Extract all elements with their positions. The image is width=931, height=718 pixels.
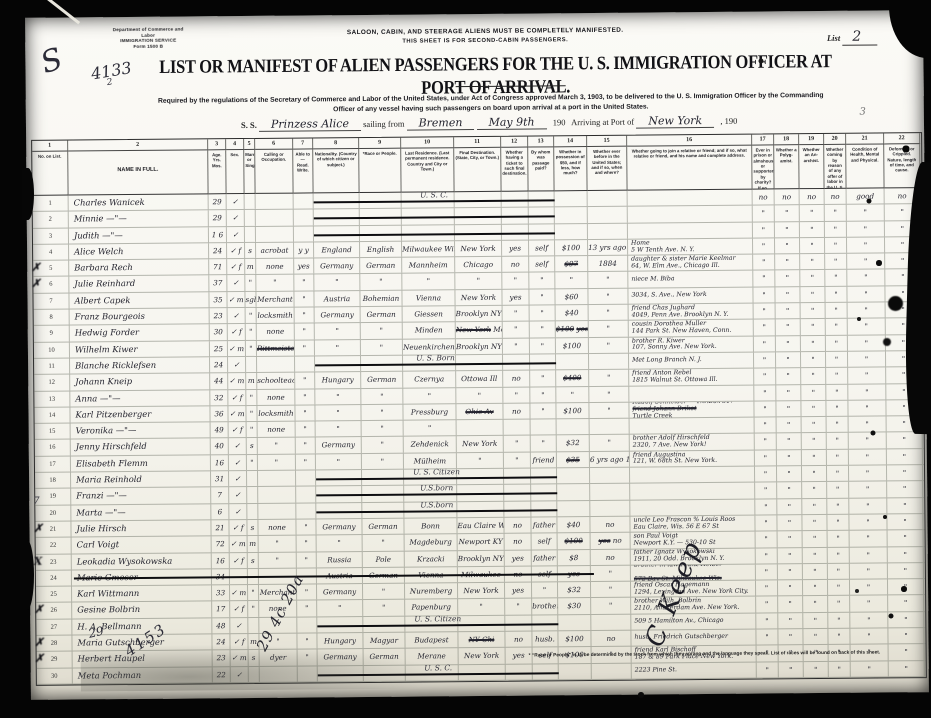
cell-final-destination: New York: [455, 241, 502, 257]
cell-nationality: Germany: [316, 519, 362, 535]
cell-polygamist: ": [775, 238, 800, 254]
cell-passage-paid-by: ": [530, 403, 556, 419]
cell-ever-in-us: ": [591, 565, 631, 581]
column-number: 22: [884, 133, 920, 144]
cell-health: ": [849, 449, 887, 465]
cell-sex: ✓ f: [227, 243, 245, 258]
cell-married: ": [246, 324, 257, 339]
year-label-1: 190: [553, 117, 566, 127]
cell-ever-in-us: [589, 354, 629, 370]
cell-ever-in-us: [588, 191, 628, 207]
cell-final-destination: Ohio Av: [456, 404, 503, 420]
cell-prison: ": [757, 662, 779, 677]
column-header-name: NAME IN FULL.: [68, 150, 208, 195]
margin-check-mark: ✗: [34, 636, 43, 649]
cell-joining-relative: friend Anton Rebel1815 Walnut St. Ottowa…: [629, 369, 754, 385]
cell-money: $40: [557, 517, 590, 533]
cell-ticket: yes: [502, 240, 529, 256]
cell-race: German: [361, 372, 403, 388]
cell-passage-paid-by: ": [529, 273, 555, 289]
faint-digit: 3: [859, 107, 865, 118]
cell-passage-paid-by: ": [530, 371, 556, 387]
cell-ticket: no: [504, 517, 531, 533]
cell-married: [245, 194, 256, 209]
cell-age: 37: [209, 276, 227, 291]
cell-able-to: ": [295, 389, 315, 404]
cell-sex: ✓ m: [228, 406, 246, 421]
cell-calling: [258, 471, 296, 487]
strikeout-text: U. S. Citizen: [316, 466, 557, 477]
cell-age: 16: [212, 553, 230, 568]
cell-sex: ✓: [229, 504, 247, 519]
cell-prison: ": [755, 483, 777, 498]
cell-health: ": [848, 319, 886, 335]
cell-age: 32: [210, 390, 228, 405]
cell-name: Julie Hirsch: [71, 520, 211, 537]
cell-joining-relative: cousin Dorothea Muller144 Park St. New H…: [629, 320, 754, 336]
cell-able-to: [294, 210, 314, 225]
cell-able-to: y y: [294, 242, 314, 257]
cell-name: Anna —"—: [70, 390, 210, 407]
cell-able-to: [295, 356, 315, 371]
cell-no: 11: [34, 359, 70, 375]
cell-last-residence: Zehdenick: [404, 437, 457, 453]
cell-health: ": [848, 384, 886, 400]
column-header-money: Whether in possession of $50, and if les…: [554, 147, 587, 191]
cell-race: ": [360, 274, 402, 290]
cell-able-to: ": [295, 405, 315, 420]
cell-anarchist: ": [802, 499, 827, 515]
cell-final-destination: ": [457, 453, 504, 469]
column-number: 19: [799, 134, 824, 145]
cell-money: [555, 207, 588, 223]
column-number: 14: [554, 136, 587, 147]
cell-anarchist: ": [803, 547, 828, 563]
scan-edge-nub: [20, 540, 34, 610]
cell-offered-labor: ": [828, 612, 850, 627]
notice-line-1: SALOON, CABIN, AND STEERAGE ALIENS MUST …: [275, 26, 695, 37]
cell-calling: ": [259, 552, 297, 568]
cell-married: m: [245, 259, 256, 274]
column-number: 6: [255, 139, 293, 150]
ink-flourish: S: [36, 41, 67, 81]
ship-name-handwritten: Prinzess Alice: [259, 117, 361, 132]
cell-offered-labor: ": [827, 450, 849, 465]
cell-final-destination: Brooklyn NY: [458, 550, 505, 566]
cell-no: 27: [36, 619, 72, 635]
cell-anarchist: ": [801, 303, 826, 319]
cell-money: [556, 354, 589, 370]
cell-able-to: ": [296, 454, 316, 469]
cell-able-to: yes: [294, 259, 314, 274]
cell-ever-in-us: ": [588, 272, 628, 288]
cell-sex: ✓: [229, 471, 247, 486]
cell-money: $35: [557, 452, 590, 468]
strikeout-text: U. S. Born: [315, 352, 556, 363]
cell-sex: ✓ f: [227, 259, 245, 274]
cell-money: $100: [556, 338, 589, 354]
cell-name: Hedwig Forder: [70, 325, 210, 342]
cell-prison: ": [756, 548, 778, 563]
cell-passage-paid-by: ": [530, 338, 556, 354]
cell-joining-relative: 3034, S. Ave., New York: [628, 287, 753, 303]
cell-name: Blanche Ricklefsen: [70, 357, 210, 374]
cell-nationality: Austria: [314, 291, 360, 307]
cell-able-to: ": [295, 340, 315, 355]
cell-health: ": [850, 580, 888, 596]
cell-sex: ✓: [229, 487, 247, 502]
column-header-anarchist: Whether an An- archist.: [799, 145, 824, 189]
cell-age: 33: [212, 585, 230, 600]
cell-ever-in-us: ": [589, 305, 629, 321]
cell-nationality: ": [315, 340, 361, 356]
cell-calling: Merchant: [256, 291, 294, 307]
cell-offered-labor: ": [826, 352, 848, 367]
cell-sex: ✓ m: [230, 585, 248, 600]
cell-anarchist: ": [803, 531, 828, 547]
cell-race: ": [362, 421, 404, 437]
cell-offered-labor: ": [828, 564, 850, 579]
cell-ever-in-us: 6 yrs ago 1904: [590, 451, 630, 467]
sailing-from-label: sailing from: [363, 119, 404, 129]
cell-money: $40: [556, 305, 589, 321]
cell-nationality: England: [314, 242, 360, 258]
cell-race: German: [360, 258, 402, 274]
cell-name: Maria Reinhold: [71, 471, 211, 488]
cell-married: s: [248, 552, 259, 567]
cell-health: ": [848, 335, 886, 351]
cell-joining-relative: niece M. Biba: [628, 271, 753, 287]
cell-offered-labor: ": [827, 417, 849, 432]
cell-last-residence: ": [404, 420, 457, 436]
cell-polygamist: ": [778, 564, 803, 580]
cell-offered-labor: ": [825, 205, 847, 220]
cell-anarchist: ": [800, 254, 825, 270]
column-header-health: Condition of Health, Mental and Physical…: [846, 144, 884, 188]
cell-health: ": [848, 368, 886, 384]
cell-final-destination: Newport KY: [458, 534, 505, 550]
cell-age: 23: [210, 308, 228, 323]
cell-ticket: no: [503, 403, 530, 419]
column-header-final-destination: Final Destination. (State, City, or Town…: [454, 148, 501, 192]
column-header-row: No. on List.NAME IN FULL.Age. Yrs. Mos.S…: [32, 144, 921, 196]
cell-anarchist: ": [803, 629, 828, 645]
cell-able-to: ": [294, 275, 314, 290]
cell-final-destination: ": [458, 599, 505, 615]
cell-name: Leokadia Wysokowska: [72, 553, 212, 570]
cell-married: ": [246, 308, 257, 323]
cell-sex: ✓ f: [229, 520, 247, 535]
cell-no: 3: [33, 228, 69, 244]
cell-money: $100: [558, 631, 591, 647]
cell-offered-labor: ": [829, 661, 851, 676]
cell-age: 25: [210, 341, 228, 356]
cell-race: ": [361, 405, 403, 421]
cell-deformed: ": [887, 514, 923, 530]
cell-race: ": [363, 535, 405, 551]
column-header-offered-labor: Whether coming by reason of any offer of…: [824, 145, 846, 189]
cell-sex: ✓ f: [229, 422, 247, 437]
cell-sex: ✓ m: [227, 292, 245, 307]
cell-health: ": [851, 661, 889, 677]
cell-money: $97: [555, 256, 588, 272]
cell-anarchist: ": [803, 613, 828, 629]
cell-able-to: ": [297, 601, 317, 616]
cell-prison: ": [754, 369, 776, 384]
cell-last-residence: ": [402, 274, 455, 290]
cell-money: [555, 191, 588, 207]
cell-deformed: ": [888, 612, 924, 628]
ss-label: S. S.: [241, 120, 257, 130]
column-number: 11: [454, 137, 501, 148]
cell-anarchist: ": [803, 596, 828, 612]
cell-joining-relative: [628, 190, 753, 206]
cell-anarchist: ": [801, 352, 826, 368]
cell-money: [555, 224, 588, 240]
cell-prison: ": [753, 255, 775, 270]
cell-anarchist: no: [800, 189, 825, 205]
cell-anarchist: ": [800, 205, 825, 221]
cell-health: ": [850, 612, 888, 628]
cell-no: 25: [36, 587, 72, 603]
cell-age: 44: [210, 373, 228, 388]
cell-no: 24: [36, 570, 72, 586]
cell-final-destination: NY Chi: [458, 632, 505, 648]
cell-health: ": [849, 498, 887, 514]
column-number: 7: [293, 138, 313, 149]
cell-ever-in-us: ": [590, 435, 630, 451]
cell-anarchist: ": [800, 222, 825, 238]
cell-calling: locksmith: [257, 308, 295, 324]
column-header-joining-relative: Whether going to join a relative or frie…: [627, 146, 752, 191]
cell-race: ": [363, 600, 405, 616]
margin-check-mark: ✗: [33, 522, 42, 535]
cell-nationality: Germany: [317, 584, 363, 600]
cell-passage-paid-by: ": [531, 436, 557, 452]
cell-passage-paid-by: ": [530, 322, 556, 338]
cell-age: 31: [211, 471, 229, 486]
column-number: 5: [244, 139, 255, 150]
cell-age: 24: [210, 357, 228, 372]
cell-offered-labor: ": [825, 287, 847, 302]
cell-polygamist: ": [776, 303, 801, 319]
cell-joining-relative: [630, 483, 755, 499]
cell-joining-relative: [628, 222, 753, 238]
cell-anarchist: ": [800, 270, 825, 286]
cell-nationality: ": [317, 600, 363, 616]
cell-last-residence: Krzacki: [405, 551, 458, 567]
column-header-age: Age. Yrs. Mos.: [208, 150, 226, 194]
cell-joining-relative: brother Adolf Hirschfeld2320, 7 Ave. New…: [630, 434, 755, 450]
cell-joining-relative: daughter & sister Marie Keelmar64, W. El…: [628, 255, 753, 271]
cell-ever-in-us: [588, 223, 628, 239]
cell-no: 13: [34, 391, 70, 407]
cell-prison: ": [755, 466, 777, 481]
cell-ticket: ": [502, 273, 529, 289]
cell-polygamist: ": [776, 401, 801, 417]
cell-race: ": [361, 323, 403, 339]
column-number: 21: [846, 133, 884, 144]
cell-married: [247, 487, 258, 502]
cell-offered-labor: ": [825, 221, 847, 236]
cell-last-residence: Giessen: [403, 306, 456, 322]
cell-prison: ": [754, 336, 776, 351]
cell-name: Elisabeth Flemm: [71, 455, 211, 472]
column-number: 9: [359, 138, 401, 149]
cell-joining-relative: Home5 W Tenth Ave. N. Y.: [628, 238, 753, 254]
cell-sex: ✓ f: [230, 553, 248, 568]
cell-race: German: [362, 519, 404, 535]
cell-money: $8: [558, 550, 591, 566]
cell-health: ": [849, 514, 887, 530]
cell-money: $30: [558, 598, 591, 614]
cell-ever-in-us: no: [591, 631, 631, 647]
cell-no: 30: [37, 668, 73, 684]
cell-sex: ✓: [229, 438, 247, 453]
cell-passage-paid-by: ": [530, 387, 556, 403]
cell-married: ": [247, 422, 258, 437]
cell-offered-labor: ": [826, 335, 848, 350]
cell-age: 40: [211, 439, 229, 454]
cell-prison: ": [753, 287, 775, 302]
cell-prison: ": [756, 629, 778, 644]
list-label: List: [827, 33, 840, 43]
cell-offered-labor: ": [826, 319, 848, 334]
cell-name: Franzi —"—: [71, 488, 211, 505]
margin-check-mark: ✗: [35, 652, 44, 665]
cell-name: Jenny Hirschfeld: [71, 439, 211, 456]
cell-health: ": [850, 563, 888, 579]
cell-sex: ✓: [227, 276, 245, 291]
cell-able-to: [294, 226, 314, 241]
cell-ever-in-us: yes no: [591, 533, 631, 549]
scanned-manifest-page: { "scan": { "stamp": ["Department of Com…: [0, 0, 931, 718]
cell-joining-relative: brother R. Kiwer107, Sonny Ave. New York…: [629, 336, 754, 352]
cell-money: [559, 664, 592, 680]
cell-race: ": [362, 437, 404, 453]
cell-age: 6: [211, 504, 229, 519]
cell-final-destination: New York: [458, 583, 505, 599]
cell-joining-relative: uncle Leo Frascon % Louis RoosEau Claire…: [630, 516, 755, 532]
cell-ever-in-us: ": [589, 386, 629, 402]
cell-no: 22: [36, 538, 72, 554]
cell-polygamist: ": [778, 629, 803, 645]
cell-calling: [256, 210, 294, 226]
cell-age: 1 6: [209, 227, 227, 242]
cell-anarchist: ": [802, 515, 827, 531]
cell-married: ": [248, 585, 259, 600]
cell-prison: ": [755, 515, 777, 530]
column-header-ticket: Whether having a ticket to such final de…: [501, 148, 528, 192]
cell-no: 10: [34, 342, 70, 358]
cell-age: 49: [211, 422, 229, 437]
cell-deformed: ": [888, 596, 924, 612]
cell-deformed: ": [889, 661, 925, 677]
cell-polygamist: ": [777, 466, 802, 482]
cell-ticket: no: [502, 257, 529, 273]
cell-calling: acrobat: [256, 242, 294, 258]
cell-nationality: Germany: [314, 258, 360, 274]
cell-prison: ": [753, 238, 775, 253]
cell-able-to: ": [296, 438, 316, 453]
cell-name: Franz Bourgeois: [70, 308, 210, 325]
cell-prison: ": [753, 271, 775, 286]
cell-offered-labor: ": [826, 303, 848, 318]
column-number: 3: [208, 139, 226, 150]
cell-no: 7: [33, 293, 69, 309]
cell-money: $100: [558, 533, 591, 549]
cell-health: ": [849, 482, 887, 498]
cell-last-residence: Nuremberg: [405, 583, 458, 599]
cell-passage-paid-by: brother: [532, 599, 558, 615]
cell-race: ": [361, 339, 403, 355]
cell-joining-relative: [630, 467, 755, 483]
cell-able-to: ": [297, 552, 317, 567]
cell-final-destination: [457, 420, 504, 436]
cell-health: ": [849, 417, 887, 433]
cell-ticket: no: [505, 632, 532, 648]
cell-calling: ": [256, 275, 294, 291]
cell-joining-relative: [629, 385, 754, 401]
cell-passage-paid-by: ": [529, 289, 555, 305]
notice-line-2: THIS SHEET IS FOR SECOND-CABIN PASSENGER…: [275, 36, 695, 46]
manifest-table-body: 1Charles Wanicek29✓nonononogoodnoU. S. C…: [33, 188, 926, 685]
cell-calling: none: [256, 259, 294, 275]
cell-prison: ": [753, 222, 775, 237]
cell-prison: ": [756, 532, 778, 547]
margin-check-mark: X: [34, 554, 43, 567]
cell-ticket: ": [504, 436, 531, 452]
cell-last-residence: ": [403, 388, 456, 404]
cell-ticket: no: [503, 371, 530, 387]
year-label-2: , 190: [720, 116, 737, 126]
cell-offered-labor: ": [826, 401, 848, 416]
cell-offered-labor: ": [827, 466, 849, 481]
cell-name: Gesine Bolbrin: [72, 602, 212, 619]
cell-health: ": [850, 596, 888, 612]
cell-polygamist: ": [775, 287, 800, 303]
cell-passage-paid-by: self: [532, 534, 558, 550]
column-number: 10: [401, 137, 454, 148]
cell-married: ": [247, 455, 258, 470]
cell-offered-labor: ": [827, 515, 849, 530]
cell-name: Minnie —"—: [69, 211, 209, 228]
cell-passage-paid-by: self: [529, 240, 555, 256]
cell-ever-in-us: 13 yrs ago Nov.1906: [588, 240, 628, 256]
cell-nationality: ": [316, 454, 362, 470]
cell-married: m: [246, 373, 257, 388]
cell-passage-paid-by: husb.: [532, 631, 558, 647]
cell-prison: ": [754, 303, 776, 318]
cell-prison: ": [756, 613, 778, 628]
cell-final-destination: New York: [457, 436, 504, 452]
cell-sex: ✓ f: [230, 601, 248, 616]
manifest-table: 12345678910111213141516171819202122 No. …: [31, 132, 927, 686]
cell-able-to: [294, 193, 314, 208]
cell-prison: ": [756, 581, 778, 596]
cell-no: 17: [35, 456, 71, 472]
cell-last-residence: Vienna: [402, 290, 455, 306]
cell-ever-in-us: [590, 484, 630, 500]
cell-ticket: yes: [505, 583, 532, 599]
cell-ever-in-us: ": [589, 321, 629, 337]
cell-polygamist: ": [777, 483, 802, 499]
column-number: 17: [752, 134, 774, 145]
cell-anarchist: ": [800, 287, 825, 303]
cell-prison: ": [756, 597, 778, 612]
cell-married: [247, 504, 258, 519]
cell-anarchist: ": [801, 336, 826, 352]
